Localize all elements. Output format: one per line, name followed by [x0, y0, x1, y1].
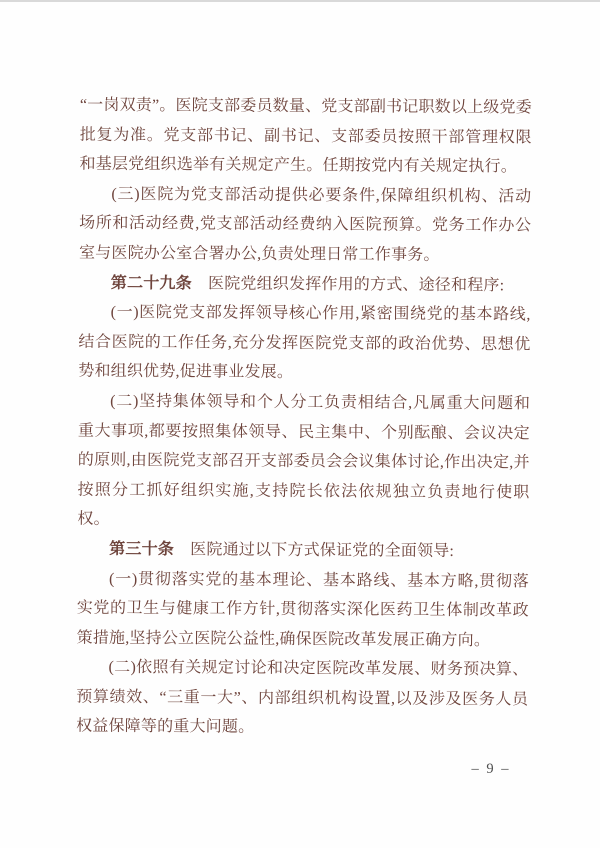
- paragraph-3: 第二十九条 医院党组织发挥作用的方式、途径和程序:: [79, 268, 531, 300]
- text-run: (三)医院为党支部活动提供必要条件,保障组织机构、活动场所和活动经费,党支部活动…: [79, 186, 531, 264]
- text-run: (一)医院党支部发挥领导核心作用,紧密围绕党的基本路线,结合医院的工作任务,充分…: [78, 304, 530, 381]
- article-heading: 第三十条: [109, 541, 174, 558]
- article-heading: 第二十九条: [111, 274, 192, 291]
- document-body: “一岗双责”。医院支部委员数量、党支部副书记职数以上级党委批复为准。党支部书记、…: [76, 91, 532, 745]
- text-run: (二)坚持集体领导和个人分工负责相结合,凡属重大问题和重大事项,都要按照集体领导…: [77, 393, 530, 528]
- text-run: 医院党组织发挥作用的方式、途径和程序:: [192, 275, 505, 294]
- text-run: “一岗双责”。医院支部委员数量、党支部副书记职数以上级党委批复为准。党支部书记、…: [79, 97, 531, 176]
- paragraph-4: (一)医院党支部发挥领导核心作用,紧密围绕党的基本路线,结合医院的工作任务,充分…: [78, 298, 531, 390]
- paragraph-5: (二)坚持集体领导和个人分工负责相结合,凡属重大问题和重大事项,都要按照集体领导…: [77, 387, 530, 538]
- paragraph-6: 第三十条 医院通过以下方式保证党的全面领导:: [77, 535, 529, 567]
- page-number: – 9 –: [456, 761, 526, 778]
- text-run: 医院通过以下方式保证党的全面领导:: [174, 541, 454, 560]
- paragraph-2: (三)医院为党支部活动提供必要条件,保障组织机构、活动场所和活动经费,党支部活动…: [79, 179, 532, 271]
- paragraph-7: (一)贯彻落实党的基本理论、基本路线、基本方略,贯彻落实党的卫生与健康工作方针,…: [77, 564, 530, 656]
- paragraph-1: “一岗双责”。医院支部委员数量、党支部副书记职数以上级党委批复为准。党支部书记、…: [79, 91, 532, 183]
- text-run: (二)依照有关规定讨论和决定医院改革发展、财务预决算、预算绩效、“三重一大”、内…: [76, 659, 528, 736]
- document-page: “一岗双责”。医院支部委员数量、党支部副书记职数以上级党委批复为准。党支部书记、…: [0, 0, 600, 848]
- paragraph-8: (二)依照有关规定讨论和决定医院改革发展、财务预决算、预算绩效、“三重一大”、内…: [76, 653, 529, 745]
- scan-edge-artifact: [0, 0, 600, 2]
- text-run: (一)贯彻落实党的基本理论、基本路线、基本方略,贯彻落实党的卫生与健康工作方针,…: [77, 570, 529, 649]
